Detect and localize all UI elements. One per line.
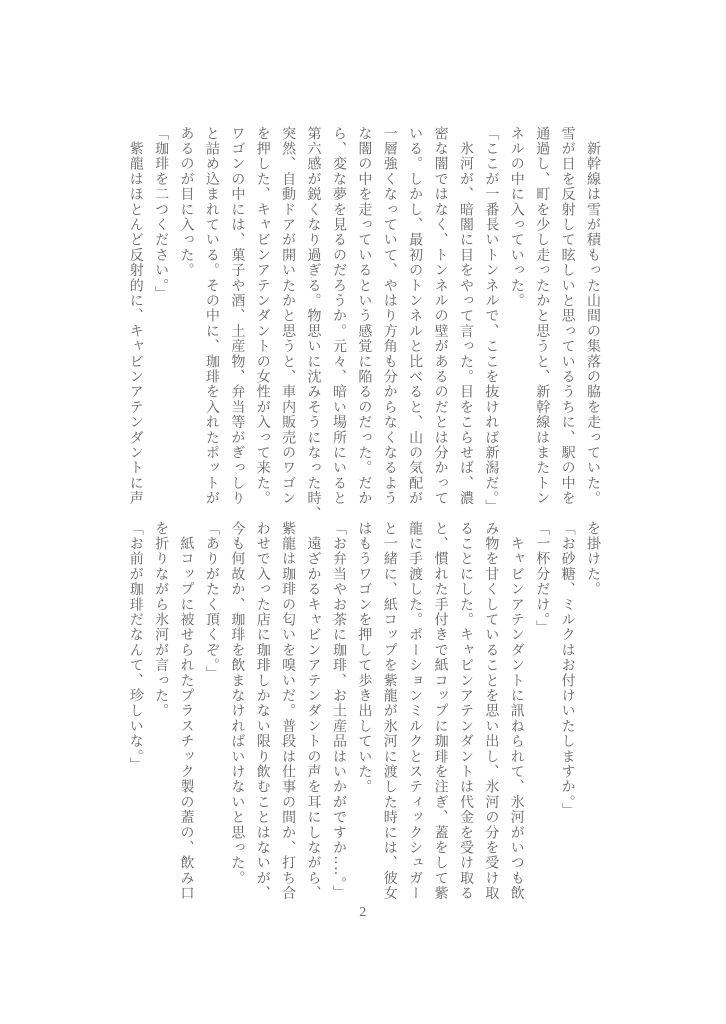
text-line: を折りながら氷河が言った。 [148, 521, 173, 903]
text-line: を押した、キャビンアテンダントの女性が入って来た。 [249, 126, 274, 508]
text-line: 密な闇ではなく、トンネルの壁があるのだとは分かって [427, 126, 452, 508]
text-line: あるのが目に入った。 [173, 126, 198, 508]
text-line: 「ここが一番長いトンネルで、ここを抜ければ新潟だ。」 [478, 126, 503, 508]
text-line: キャビンアテンダントに訊ねられて、氷河がいつも飲 [503, 521, 528, 903]
text-line: と一緒に、紙コップを紫龍が氷河に渡した時には、彼女 [376, 521, 401, 903]
text-line: 雪が日を反射して眩しいと思っているうちに、駅の中を [554, 126, 579, 508]
text-line: 今も何故か、珈琲を飲まなければいけないと思った。 [224, 521, 249, 903]
text-line: ネルの中に入っていった。 [503, 126, 528, 508]
text-line: 遠ざかるキャビンアテンダントの声を耳にしながら、 [300, 521, 325, 903]
text-line: 紫龍は珈琲の匂いを嗅いだ。普段は仕事の間か、打ち合 [275, 521, 300, 903]
text-line: 通過し、町を少し走ったかと思うと、新幹線はまたトン [529, 126, 554, 508]
document-page: 新幹線は雪が積もった山間の集落の脇を走っていた。 雪が日を反射して眩しいと思って… [0, 0, 726, 1024]
text-line: と詰め込まれている。その中に、珈琲を入れたポットが [199, 126, 224, 508]
text-line: 突然、自動ドアが開いたかと思うと、車内販売のワゴン [275, 126, 300, 508]
text-line: み物を甘くしていることを思い出し、氷河の分を受け取 [478, 521, 503, 903]
text-line: いる。しかし、最初のトンネルと比べると、山の気配が [402, 126, 427, 508]
text-block-top: 新幹線は雪が積もった山間の集落の脇を走っていた。 雪が日を反射して眩しいと思って… [122, 126, 605, 508]
text-line: ることにした。キャビンアテンダントは代金を受け取る [453, 521, 478, 903]
text-line: を掛けた。 [580, 521, 605, 903]
text-line: 氷河が、暗闇に目をやって言った。目をこらせば、濃 [453, 126, 478, 508]
text-line: 紫龍はほとんど反射的に、キャビンアテンダントに声 [122, 126, 147, 508]
text-line: 第六感が鋭くなり過ぎる。物思いに沈みそうになった時、 [300, 126, 325, 508]
text-line: 「ありがたく頂くぞ。」 [199, 521, 224, 903]
text-line: はもうワゴンを押して歩き出していた。 [351, 521, 376, 903]
text-line: 一層強くなっていて、やはり方角も分からなくなるよう [376, 126, 401, 508]
text-line: 「お前が珈琲だなんて、珍しいな。」 [122, 521, 147, 903]
text-line: 「一杯分だけ。」 [529, 521, 554, 903]
text-line: ら、変な夢を見るのだろうか。元々、暗い場所にいると [326, 126, 351, 508]
page-number: 2 [0, 905, 726, 921]
text-block-bottom: を掛けた。 「お砂糖、ミルクはお付けいたしますか。」 「一杯分だけ。」 キャビン… [122, 521, 605, 903]
text-line: 龍に手渡した。ポーションミルクとスティックシュガー [402, 521, 427, 903]
text-line: わせで入った店に珈琲しかない限り飲むことはないが、 [249, 521, 274, 903]
text-line: 「珈琲を二つください。」 [148, 126, 173, 508]
text-line: 「お砂糖、ミルクはお付けいたしますか。」 [554, 521, 579, 903]
text-line: 紙コップに被せられたプラスチック製の蓋の、飲み口 [173, 521, 198, 903]
text-line: と、慣れた手付きで紙コップに珈琲を注ぎ、蓋をして紫 [427, 521, 452, 903]
text-line: 新幹線は雪が積もった山間の集落の脇を走っていた。 [580, 126, 605, 508]
text-line: ワゴンの中には、菓子や酒、土産物、弁当等がぎっしり [224, 126, 249, 508]
text-line: な闇の中を走っているという感覚に陥るのだった。だか [351, 126, 376, 508]
text-line: 「お弁当やお茶に珈琲、お土産品はいかがですか‥‥。」 [326, 521, 351, 903]
